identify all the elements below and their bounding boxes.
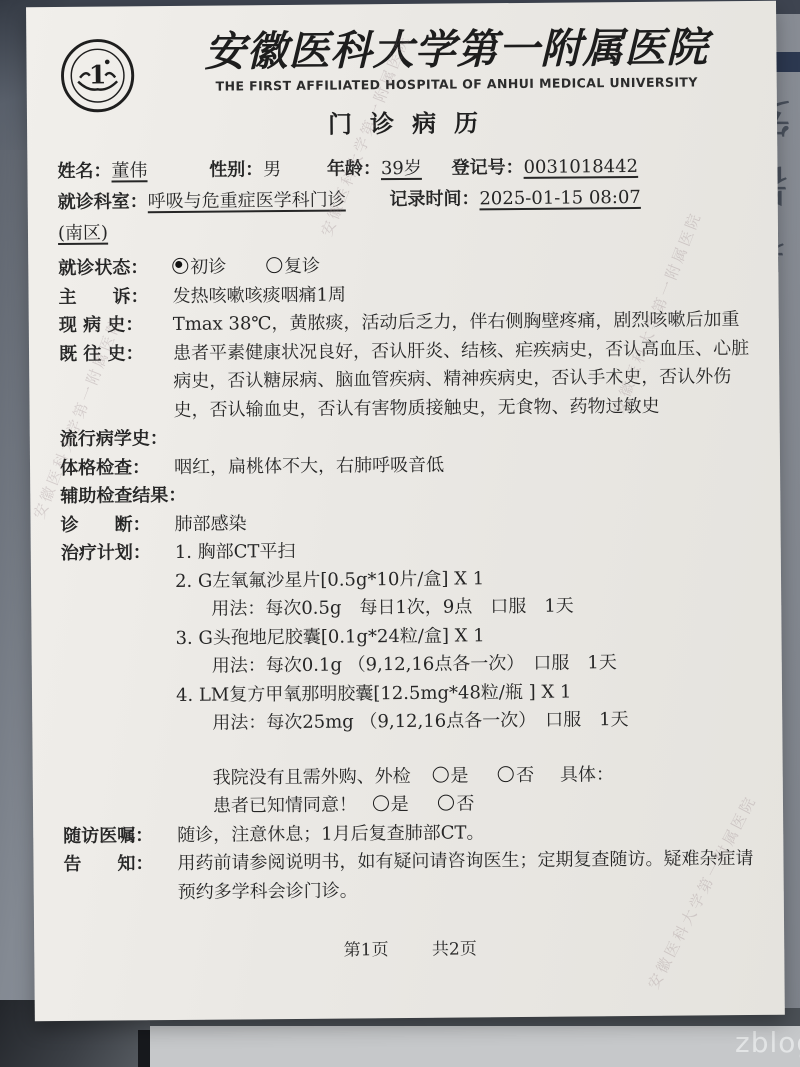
hospital-name-cn: 安徽医科大学第一附属医院 [164,25,748,75]
hospital-name-en: THE FIRST AFFILIATED HOSPITAL OF ANHUI M… [165,74,749,94]
page-footer: 第1页 共2页 [64,932,756,963]
external-purchase-text: 我院没有且需外购、外检 [213,766,411,789]
record-time-label: 记录时间： [389,188,479,210]
epidemiology-label: 流行病学史： [60,425,174,454]
checkbox-unchecked-icon [432,766,448,782]
visit-status-return: 复诊 [266,256,320,277]
present-illness-label: 现 病 史： [59,311,173,340]
regno-label: 登记号： [451,157,523,179]
checkbox-unchecked-icon [373,795,389,811]
notice-row: 告 知： 用药前请参阅说明书，如有疑问请咨询医生；定期复查随访。疑难杂症请预约多… [63,845,755,908]
photo-background-bottom-light [150,1026,800,1067]
page-total: 共2页 [432,939,477,959]
physical-exam-value: 咽红，扁桃体不大，右肺呼吸音低 [174,449,752,483]
photo-background-bar [138,1030,150,1067]
dept-value: 呼吸与危重症医学科门诊 [148,190,346,213]
document-title: 门诊病历 [57,101,749,142]
past-history-row: 既 往 史： 患者平素健康状况良好，否认肝炎、结核、疟疾病史，否认高血压、心脏病… [59,335,752,427]
treatment-plan-label: 治疗计划： [61,539,175,568]
yes-label: 是 [450,765,468,786]
hospital-logo: 1 [58,36,137,115]
physical-exam-row: 体格检查： 咽红，扁桃体不大，右肺呼吸音低 [60,449,752,484]
past-history-label: 既 往 史： [59,340,173,369]
medical-record-page: 安徽医科大学第一附属医院 安徽医科大学第一附属医院 安徽医科大学第一附属医院 安… [26,1,785,1022]
page-current: 第1页 [344,940,389,960]
follow-up-label: 随访医嘱： [63,822,177,851]
consent-yes: 是 [373,794,409,815]
dept-label: 就诊科室： [58,191,148,213]
notice-value: 用药前请参阅说明书，如有疑问请咨询医生；定期复查随访。疑难杂症请预约多学科会诊门… [177,845,755,907]
physical-exam-label: 体格检查： [60,454,174,483]
consent-text: 患者已知情同意！ [213,795,357,817]
name-value: 董伟 [111,160,147,181]
treatment-plan-row: 治疗计划： 1. 胸部CT平扫 2. G左氧氟沙星片[0.5g*10片/盒] X… [61,534,755,740]
checkbox-unchecked-icon [438,795,454,811]
dept-value-continued: (南区) [58,223,108,244]
visit-status-first: 初诊 [172,257,226,278]
consent-no: 否 [438,793,474,814]
no-label: 否 [456,793,474,814]
purchase-no: 否 [498,764,534,785]
gender-label: 性别： [209,159,263,180]
purchase-yes: 是 [432,765,468,786]
name-label: 姓名： [57,161,111,182]
treatment-plan-list: 1. 胸部CT平扫 2. G左氧氟沙星片[0.5g*10片/盒] X 1 用法：… [175,534,755,739]
age-value: 39岁 [381,158,422,179]
plan-usage: 用法：每次25mg （9,12,16点各一次） 口服 1天 [212,705,754,738]
photo-watermark: zblog [735,1026,800,1059]
regno-value: 0031018442 [523,156,638,178]
visit-status-label: 就诊状态： [58,254,172,283]
chief-complaint-label: 主 诉： [58,283,172,312]
age-label: 年龄： [327,158,381,179]
past-history-value: 患者平素健康状况良好，否认肝炎、结核、疟疾病史，否认高血压、心脏病史，否认糖尿病… [173,335,752,426]
checkbox-unchecked-icon [498,766,514,782]
option-return-label: 复诊 [284,256,320,277]
option-first-label: 初诊 [190,257,226,278]
yes-label: 是 [391,794,409,815]
specifics-label: 具体： [560,764,614,785]
svg-text:1: 1 [89,59,107,89]
notice-label: 告 知： [63,850,177,879]
gender-value: 男 [263,159,281,180]
radio-selected-icon [172,258,188,274]
radio-unselected-icon [266,257,282,273]
patient-info-line-3: (南区) [58,212,750,249]
no-label: 否 [516,764,534,785]
diagnosis-label: 诊 断： [60,511,174,540]
record-time-value: 2025-01-15 08:07 [479,187,641,209]
aux-exam-label: 辅助检查结果： [60,482,186,512]
